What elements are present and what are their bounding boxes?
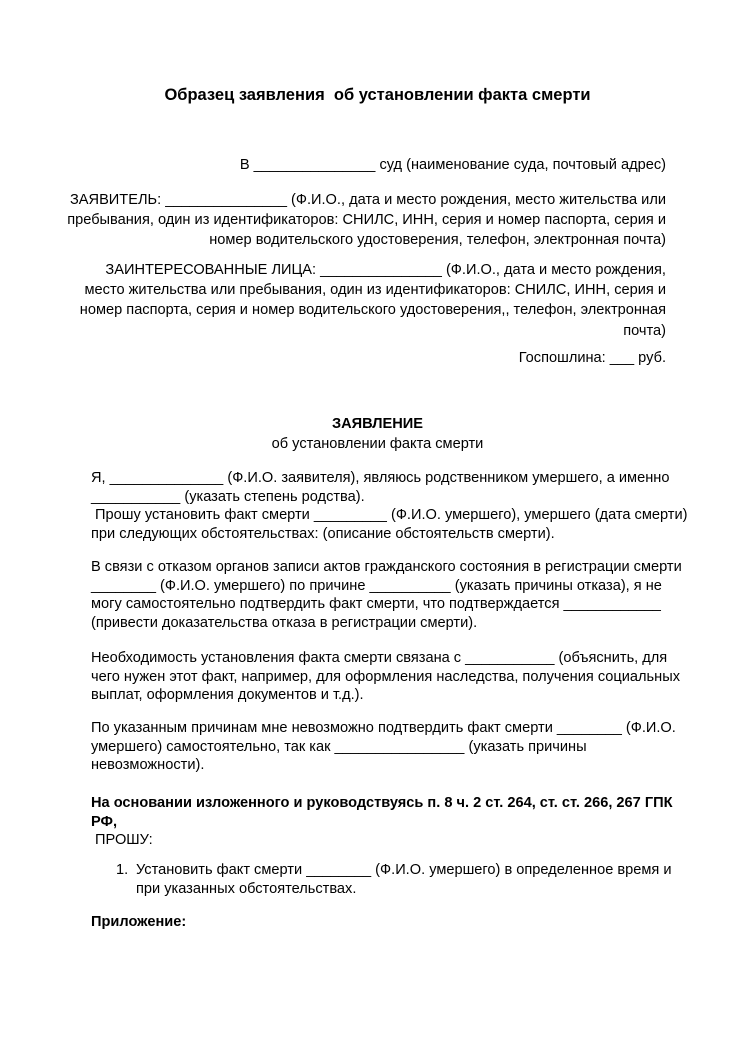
document-title: Образец заявления об установлении факта … (0, 86, 755, 105)
court-line: В _______________ суд (наименование суда… (240, 155, 666, 175)
statement-heading: ЗАЯВЛЕНИЕ (0, 416, 755, 432)
paragraph-line: умершего) самостоятельно, так как ______… (91, 738, 671, 757)
paragraph-line: В связи с отказом органов записи актов г… (91, 558, 671, 577)
interested-line: место жительства или пребывания, один из… (80, 280, 666, 300)
paragraph-necessity: Необходимость установления факта смерти … (91, 649, 671, 705)
paragraph-line: ________ (Ф.И.О. умершего) по причине __… (91, 577, 671, 596)
court-addressee: В _______________ суд (наименование суда… (240, 155, 666, 175)
list-item-line: Установить факт смерти ________ (Ф.И.О. … (136, 861, 676, 880)
legal-basis-line: На основании изложенного и руководствуяс… (91, 794, 671, 813)
applicant-line: пребывания, один из идентификаторов: СНИ… (67, 210, 666, 230)
legal-basis: На основании изложенного и руководствуяс… (91, 794, 671, 850)
paragraph-line: ___________ (указать степень родства). (91, 488, 671, 507)
list-item-text: Установить факт смерти ________ (Ф.И.О. … (136, 861, 676, 898)
paragraph-line: По указанным причинам мне невозможно под… (91, 719, 671, 738)
list-item-line: при указанных обстоятельствах. (136, 880, 676, 899)
paragraph-line: невозможности). (91, 756, 671, 775)
state-fee: Госпошлина: ___ руб. (519, 348, 666, 368)
paragraph-impossibility: По указанным причинам мне невозможно под… (91, 719, 671, 775)
request-label: ПРОШУ: (91, 831, 671, 850)
paragraph-line: могу самостоятельно подтвердить факт сме… (91, 595, 671, 614)
applicant-line: ЗАЯВИТЕЛЬ: _______________ (Ф.И.О., дата… (67, 190, 666, 210)
interested-line: номер паспорта, серия и номер водительск… (80, 300, 666, 320)
statement-subheading: об установлении факта смерти (0, 436, 755, 452)
applicant-line: номер водительского удостоверения, телеф… (67, 230, 666, 250)
fee-line: Госпошлина: ___ руб. (519, 348, 666, 368)
interested-line: ЗАИНТЕРЕСОВАННЫЕ ЛИЦА: _______________ (… (80, 260, 666, 280)
interested-line: почта) (80, 321, 666, 341)
interested-parties-block: ЗАИНТЕРЕСОВАННЫЕ ЛИЦА: _______________ (… (80, 260, 666, 341)
paragraph-line: чего нужен этот факт, например, для офор… (91, 668, 671, 687)
paragraph-line: Прошу установить факт смерти _________ (… (91, 506, 671, 525)
applicant-block: ЗАЯВИТЕЛЬ: _______________ (Ф.И.О., дата… (67, 190, 666, 251)
legal-basis-line: РФ, (91, 813, 671, 832)
paragraph-line: Я, ______________ (Ф.И.О. заявителя), яв… (91, 469, 671, 488)
document-page: Образец заявления об установлении факта … (0, 0, 755, 1058)
paragraph-applicant-relation: Я, ______________ (Ф.И.О. заявителя), яв… (91, 469, 671, 543)
list-item-number: 1. (116, 861, 128, 880)
paragraph-line: выплат, оформления документов и т.д.). (91, 686, 671, 705)
paragraph-line: Необходимость установления факта смерти … (91, 649, 671, 668)
paragraph-line: при следующих обстоятельствах: (описание… (91, 525, 671, 544)
paragraph-registry-refusal: В связи с отказом органов записи актов г… (91, 558, 671, 632)
appendix-label: Приложение: (91, 914, 186, 930)
paragraph-line: (привести доказательства отказа в регист… (91, 614, 671, 633)
